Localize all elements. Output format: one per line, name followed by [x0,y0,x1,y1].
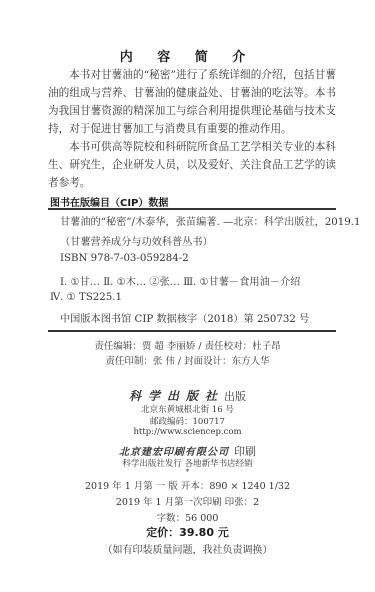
cip-line-isbn: ISBN 978-7-03-059284-2 [60,253,189,264]
cip-line-title: 甘薯油的“秘密”/木泰华，张苗编著. —北京：科学出版社，2019.1 [60,213,360,228]
publisher-url: http://www.sciencep.com [0,427,375,437]
credits-line-1: 责任编辑：贾 超 李丽娇 / 责任校对：杜子昂 [0,338,375,352]
intro-paragraph-2: 本书可供高等院校和科研院所食品工艺学相关专业的本科生、研究生，企业研发人员，以及… [48,138,336,192]
edition-line: 2019 年 1 月第 一 版 开本：890 × 1240 1/32 [0,478,375,492]
cip-line-classification: Ⅰ. ①甘… Ⅱ. ①木… ②张… Ⅲ. ①甘薯－食用油－介绍 [60,273,300,288]
word-count: 字数：56 000 [0,510,375,524]
price: 定价：39.80 元 [0,524,375,540]
publisher-suffix: 出版 [224,390,246,403]
cip-top-divider [48,208,336,210]
publisher-name: 科学出版社 [129,389,224,403]
credits-line-2: 责任印制：张 伟 / 封面设计：东方人华 [0,353,375,367]
separator-star: * [0,468,375,476]
cip-line-code: Ⅳ. ① TS225.1 [50,292,122,303]
publisher-line: 科学出版社出版 [0,385,375,404]
publisher-postcode: 邮政编码：100717 [0,415,375,427]
publisher-address: 北京东黄城根北街 16 号 [0,403,375,415]
intro-section: 本书对甘薯油的“秘密”进行了系统详细的介绍，包括甘薯油的组成与营养、甘薯油的健康… [48,66,336,192]
cip-line-record: 中国版本图书馆 CIP 数据核字（2018）第 250732 号 [60,310,309,325]
cip-heading: 图书在版编目（CIP）数据 [50,194,168,209]
page-title: 内 容 简 介 [0,46,375,65]
intro-paragraph-1: 本书对甘薯油的“秘密”进行了系统详细的介绍，包括甘薯油的组成与营养、甘薯油的健康… [48,66,336,138]
printing-line: 2019 年 1 月第一次印刷 印张：2 [0,494,375,508]
quality-notice: （如有印装质量问题，我社负责调换） [0,541,375,556]
cip-line-series: （甘薯营养成分与功效科普丛书） [60,233,213,248]
cip-bottom-divider [48,330,336,332]
